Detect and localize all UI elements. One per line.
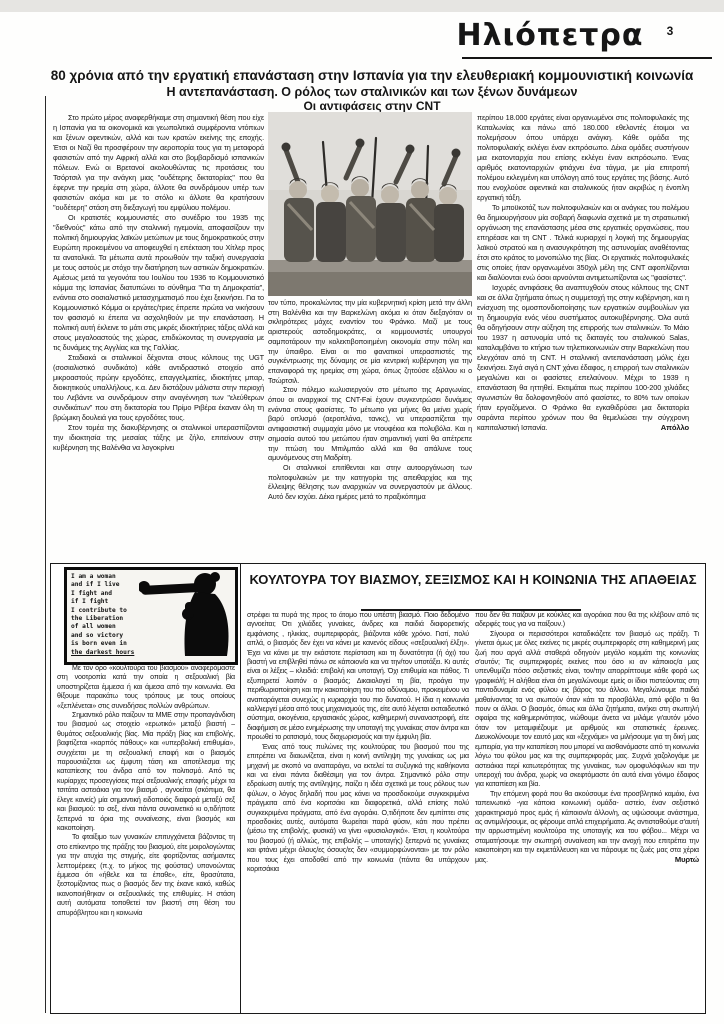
newspaper-page: Ηλιόπετρα 3 80 χρόνια από την εργατική ε…	[0, 0, 724, 1024]
article2-column-1: Με τον όρο «κουλτούρα του βιασμού» αναφε…	[57, 664, 235, 1006]
paragraph: Οι κρατιστές κομμουνιστές στο συνέδριο τ…	[53, 213, 264, 353]
article2-title: ΚΟΥΛΤΟΥΡΑ ΤΟΥ ΒΙΑΣΜΟΥ, ΣΕΞΙΣΜΟΣ ΚΑΙ Η ΚΟ…	[247, 572, 699, 588]
page-number: 3	[658, 24, 682, 38]
paragraph: Ισχυρές αντιφάσεις θα αναπτυχθούν στους …	[477, 283, 689, 433]
woman-raised-fist-linocut: I am a womanand if I liveI fight andif I…	[64, 567, 238, 665]
paragraph: που δεν θα παίζουν με κούκλες και αγοράκ…	[475, 611, 699, 630]
militia-group-photo	[268, 112, 472, 296]
article1-column-3: περίπου 18.000 εργάτες είναι οργανωμένοι…	[477, 113, 689, 565]
paragraph: Σταδιακά οι σταλινικοί δέχονται στους κό…	[53, 353, 264, 423]
article2-signature: Μυρτώ	[475, 855, 699, 864]
article1-headline: 80 χρόνια από την εργατική επανάσταση στ…	[40, 69, 704, 84]
paragraph: Ένας από τους πυλώνες της κουλτούρας του…	[247, 743, 469, 875]
article2-column-2: στρέφει τα πυρά της προς το άτομο που υπ…	[247, 611, 469, 1007]
article2-column-3: που δεν θα παίζουν με κούκλες και αγοράκ…	[475, 611, 699, 1007]
woman-silhouette-icon	[139, 570, 235, 656]
paragraph: τον τύπο, προκαλώντας την μία κυβερνητικ…	[268, 298, 472, 385]
paragraph: Το φταίξιμο των γυναικών επιτυγχάνεται β…	[57, 833, 235, 918]
paragraph: στρέφει τα πυρά της προς το άτομο που υπ…	[247, 611, 469, 743]
paragraph: Σίγουρα οι περισσότεροι καταδικάζετε τον…	[475, 630, 699, 790]
paragraph: Στον πόλεμο κωλυσιεργούν στο μέτωπο της …	[268, 385, 472, 463]
masthead-title: Ηλιόπετρα	[430, 18, 670, 53]
article2-box: I am a womanand if I liveI fight andif I…	[50, 563, 706, 1014]
paragraph: Το μποϋκοτάζ των πολιτοφυλακών και οι αν…	[477, 203, 689, 283]
paragraph: περίπου 18.000 εργάτες είναι οργανωμένοι…	[477, 113, 689, 203]
paragraph: Στο πρώτο μέρος αναφερθήκαμε στη σημαντι…	[53, 113, 264, 213]
left-column-rule	[45, 96, 46, 1013]
article2-column-divider	[240, 564, 241, 1013]
paragraph: Σημαντικό ρόλο παίζουν τα ΜΜΕ στην προπα…	[57, 711, 235, 833]
paragraph: Την επόμενη φορά που θα ακούσουμε ένα πρ…	[475, 790, 699, 865]
militia-photo-illustration	[268, 112, 472, 296]
article1-column-1: Στο πρώτο μέρος αναφερθήκαμε στη σημαντι…	[53, 113, 264, 565]
paragraph: Οι σταλινικοί επιτίθενται και στην αυτοο…	[268, 463, 472, 502]
masthead-rule	[462, 57, 712, 59]
article1-column-2: τον τύπο, προκαλώντας την μία κυβερνητικ…	[268, 298, 472, 568]
paragraph: Στον τομέα της διακυβέρνησης οι σταλινικ…	[53, 423, 264, 453]
paragraph: Με τον όρο «κουλτούρα του βιασμού» αναφε…	[57, 664, 235, 711]
scan-edge	[0, 0, 724, 12]
article1-subheadline: Η αντεπανάσταση. Ο ρόλος των σταλινικών …	[40, 86, 704, 100]
